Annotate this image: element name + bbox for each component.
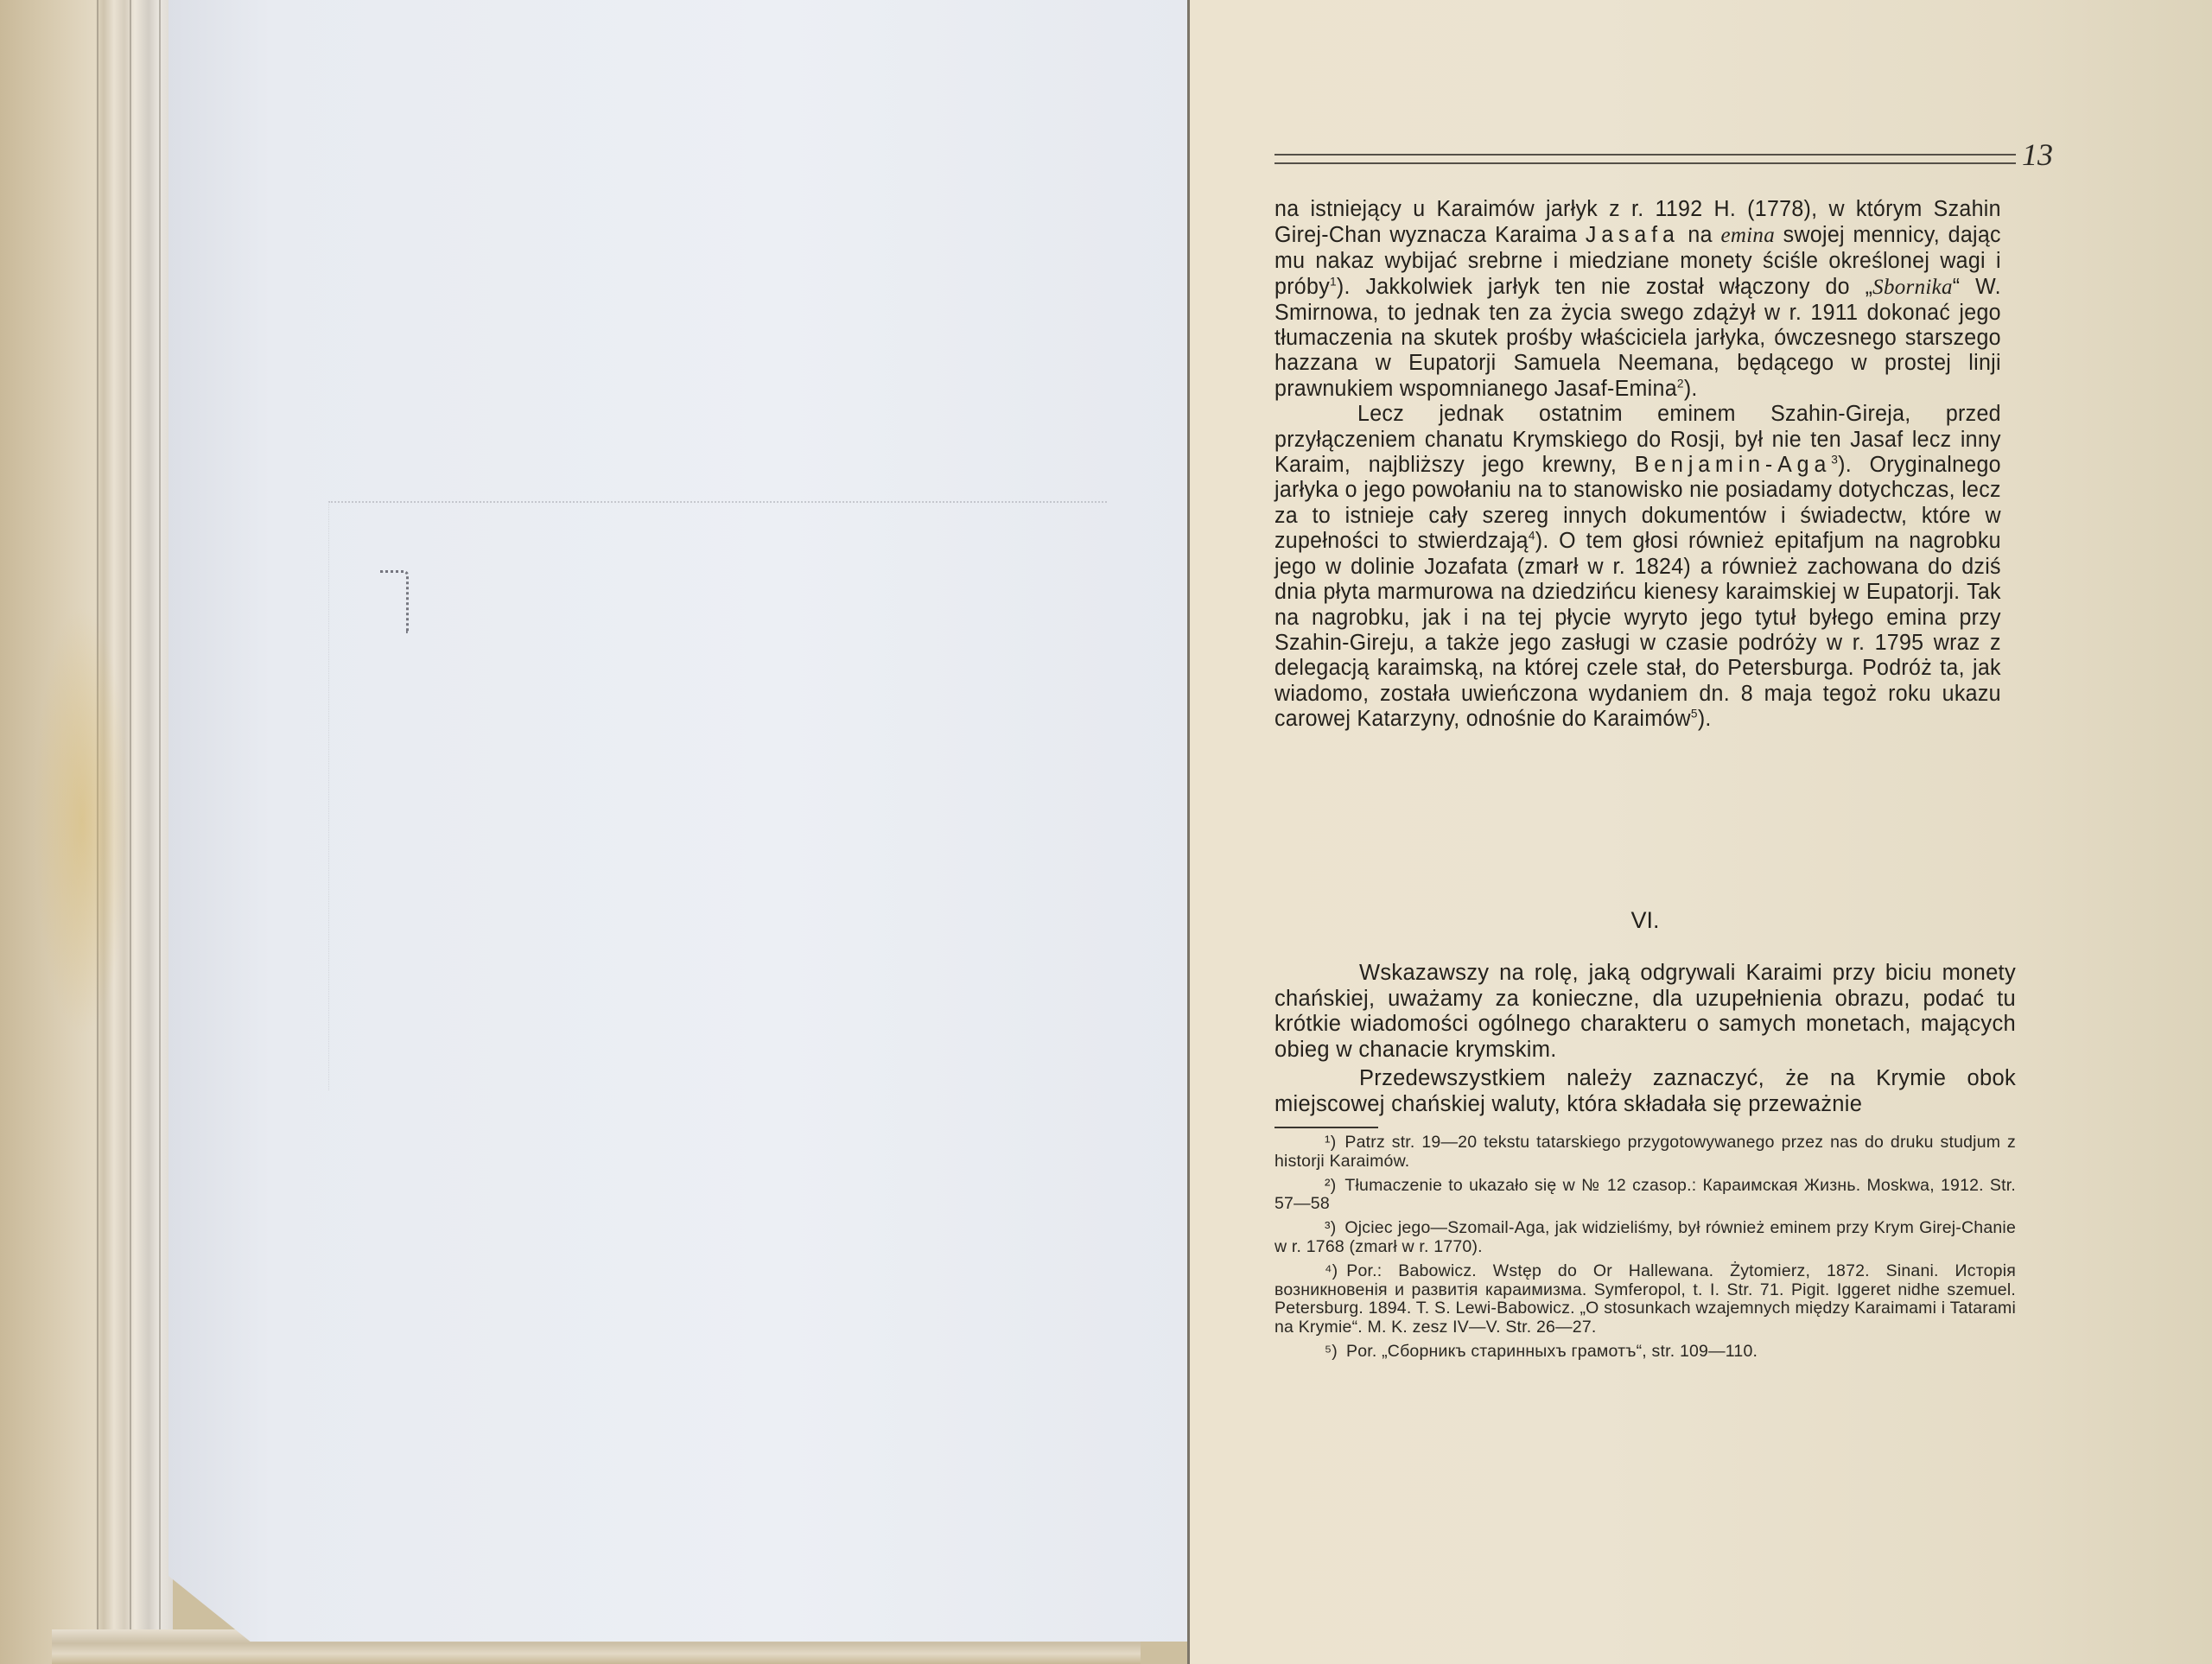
section-body: Wskazawszy na rolę, jaką odgrywali Karai… [1274,961,2016,1121]
footnote-rule [1274,1127,1378,1128]
show-through-ghost [328,501,1107,1090]
paragraph: na istniejący u Karaimów jarłyk z r. 119… [1274,197,2001,402]
paragraph: Przedewszystkiem należy zaznaczyć, że na… [1274,1066,2016,1117]
page-number: 13 [2022,137,2053,173]
show-through-mark [380,570,409,633]
book-page-edges [0,0,173,1664]
footnote: ²)Tłumaczenie to ukazało się w № 12 czas… [1274,1177,2016,1215]
footnote: ⁵)Por. „Сборникъ старинныхъ грамотъ“, st… [1274,1343,2016,1362]
footnote: ¹)Patrz str. 19—20 tekstu tatarskiego pr… [1274,1134,2016,1172]
paragraph: Wskazawszy na rolę, jaką odgrywali Karai… [1274,961,2016,1063]
paragraph: Lecz jednak ostatnim eminem Szahin-Girej… [1274,402,2001,732]
footnote: ³)Ojciec jego—Szomail-Aga, jak widzieliś… [1274,1219,2016,1257]
footnote: ⁴)Por.: Babowicz. Wstęp do Or Hallewana.… [1274,1262,2016,1337]
section-heading: VI. [1274,907,2016,934]
paper-stain [35,605,130,1037]
body-text: na istniejący u Karaimów jarłyk z r. 119… [1274,197,2001,733]
footnotes: ¹)Patrz str. 19—20 tekstu tatarskiego pr… [1274,1134,2016,1367]
header-double-rule [1274,154,2016,164]
